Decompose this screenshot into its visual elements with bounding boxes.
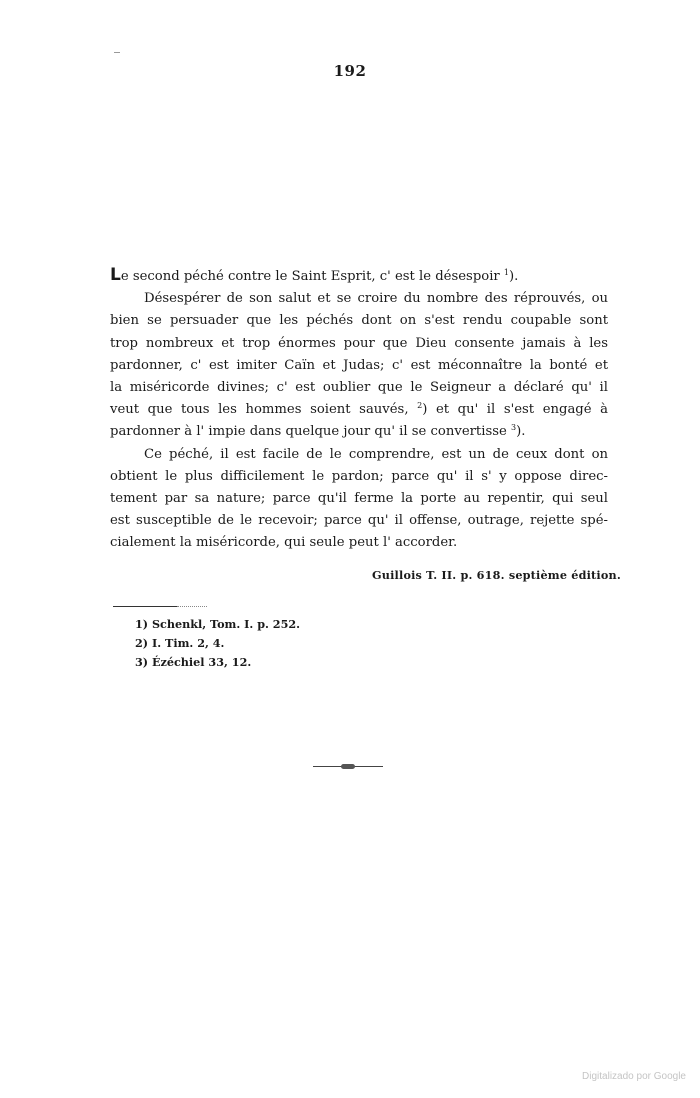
text-segment: pardonner à l' impie dans quelque jour q…: [110, 424, 511, 439]
digitization-watermark: Digitalizado por Google: [582, 1071, 686, 1082]
text-line: veut que tous les hommes soient sauvés, …: [110, 399, 608, 421]
text-line: la miséricorde divines; c' est oublier q…: [110, 377, 608, 399]
end-ornament-icon: [313, 764, 383, 770]
page-number: 192: [0, 62, 700, 80]
text-line: Désespérer de son salut et se croire du …: [110, 288, 608, 310]
source-attribution: Guillois T. II. p. 618. septième édition…: [372, 568, 621, 582]
footnote-2: 2) I. Tim. 2, 4.: [135, 634, 300, 653]
footnote-3: 3) Ézéchiel 33, 12.: [135, 653, 300, 672]
text-line: e second péché contre le Saint Esprit, c…: [121, 269, 504, 284]
text-line: est susceptible de le recevoir; parce qu…: [110, 510, 608, 532]
text-line: tement par sa nature; parce qu'il ferme …: [110, 488, 608, 510]
body-text: Le second péché contre le Saint Esprit, …: [110, 266, 608, 554]
text-tail: ).: [509, 269, 518, 284]
drop-cap: L: [110, 265, 121, 285]
footnote-1: 1) Schenkl, Tom. I. p. 252.: [135, 615, 300, 634]
text-line: Ce péché, il est facile de le comprendre…: [110, 444, 608, 466]
text-line: bien se persuader que les péchés dont on…: [110, 310, 608, 332]
text-segment: veut que tous les hommes soient sauvés,: [110, 402, 417, 417]
text-line: trop nombreux et trop énormes pour que D…: [110, 333, 608, 355]
footnote-divider: [113, 606, 177, 607]
scan-speck: [114, 52, 120, 53]
text-line: pardonner à l' impie dans quelque jour q…: [110, 421, 608, 443]
text-line: pardonner, c' est imiter Caïn et Judas; …: [110, 355, 608, 377]
ornament-knot: [341, 764, 355, 769]
text-segment: ) et qu' il s'est engagé à: [422, 402, 608, 417]
footnote-divider-dots: [177, 606, 207, 607]
text-line: obtient le plus difficilement le pardon;…: [110, 466, 608, 488]
footnotes: 1) Schenkl, Tom. I. p. 252. 2) I. Tim. 2…: [135, 615, 300, 672]
text-line: cialement la miséricorde, qui seule peut…: [110, 532, 608, 554]
paragraph-1: Le second péché contre le Saint Esprit, …: [110, 266, 608, 288]
text-segment: ).: [516, 424, 525, 439]
